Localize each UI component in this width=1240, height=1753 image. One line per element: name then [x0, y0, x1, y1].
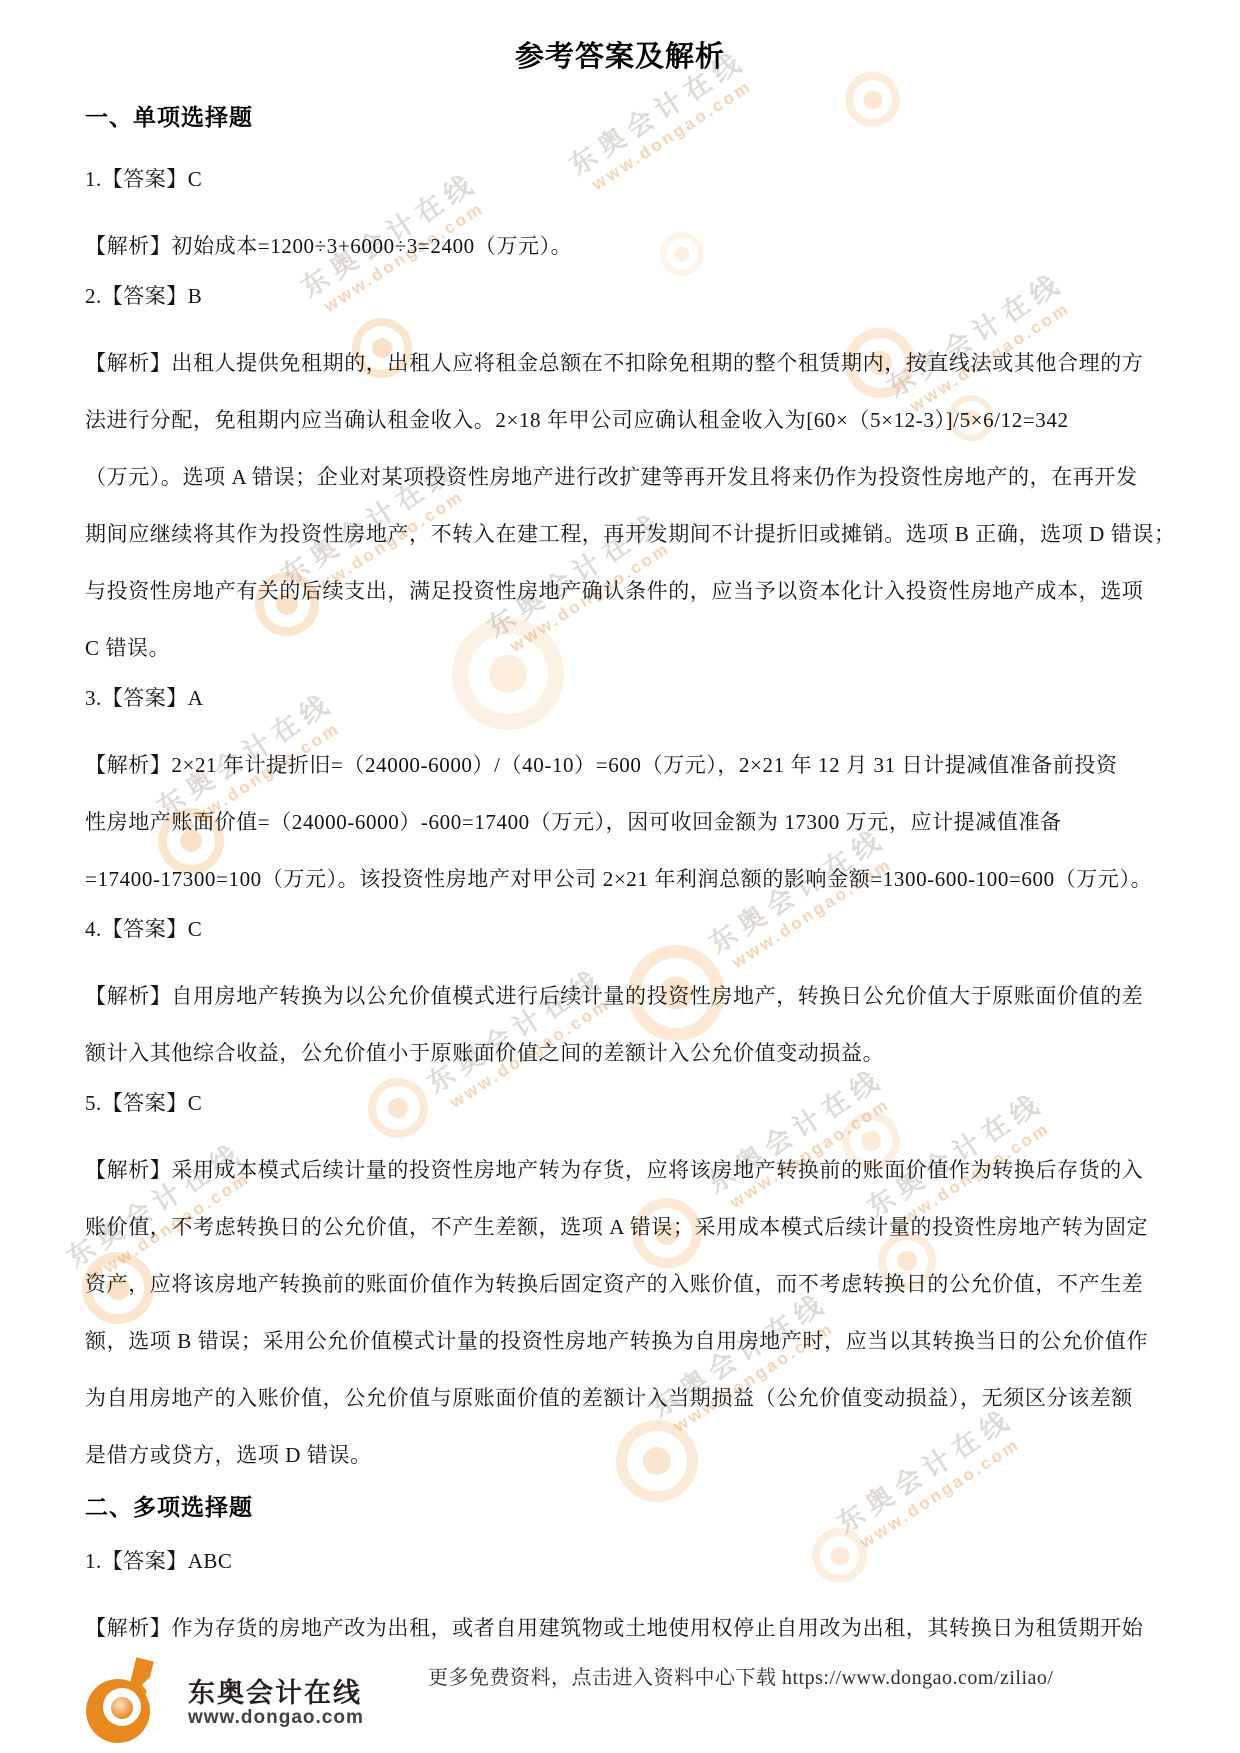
answer-line: 4.【答案】C	[85, 906, 1155, 950]
analysis-line: 性房地产账面价值=（24000-6000）-600=17400（万元），因可收回…	[85, 792, 1155, 849]
answer-line: 3.【答案】A	[85, 675, 1155, 719]
analysis-line: 【解析】作为存货的房地产改为出租，或者自用建筑物或土地使用权停止自用改为出租，其…	[85, 1598, 1155, 1655]
page-footer: 东奥会计在线 www.dongao.com 更多免费资料，点击进入资料中心下载 …	[0, 1653, 1240, 1753]
answer-line: 1.【答案】C	[85, 156, 1155, 200]
footer-logo: 东奥会计在线 www.dongao.com	[84, 1655, 384, 1747]
analysis-line: 法进行分配，免租期内应当确认租金收入。2×18 年甲公司应确认租金收入为[60×…	[85, 390, 1155, 447]
analysis-line: C 错误。	[85, 618, 1155, 675]
analysis-line: 账价值，不考虑转换日的公允价值，不产生差额，选项 A 错误；采用成本模式后续计量…	[85, 1197, 1155, 1254]
analysis-line: 【解析】初始成本=1200÷3+6000÷3=2400（万元）。	[85, 216, 1155, 273]
analysis-line: 额计入其他综合收益，公允价值小于原账面价值之间的差额计入公允价值变动损益。	[85, 1023, 1155, 1080]
analysis-line: （万元）。选项 A 错误；企业对某项投资性房地产进行改扩建等再开发且将来仍作为投…	[85, 447, 1155, 504]
analysis-line: 与投资性房地产有关的后续支出，满足投资性房地产确认条件的，应当予以资本化计入投资…	[85, 561, 1155, 618]
footer-download-link[interactable]: 更多免费资料，点击进入资料中心下载 https://www.dongao.com…	[428, 1661, 1053, 1690]
analysis-line: 【解析】2×21 年计提折旧=（24000-6000）/（40-10）=600（…	[85, 735, 1155, 792]
page-title: 参考答案及解析	[85, 34, 1155, 80]
section-heading: 二、多项选择题	[85, 1486, 1155, 1528]
footer-brand-url: www.dongao.com	[188, 1707, 364, 1729]
analysis-line: 【解析】采用成本模式后续计量的投资性房地产转为存货，应将该房地产转换前的账面价值…	[85, 1140, 1155, 1197]
analysis-line: 资产，应将该房地产转换前的账面价值作为转换后固定资产的入账价值，而不考虑转换日的…	[85, 1254, 1155, 1311]
analysis-line: =17400-17300=100（万元）。该投资性房地产对甲公司 2×21 年利…	[85, 849, 1155, 906]
sections-root: 一、单项选择题1.【答案】C【解析】初始成本=1200÷3+6000÷3=240…	[85, 96, 1155, 1655]
answer-line: 2.【答案】B	[85, 273, 1155, 317]
dongao-logo-icon	[84, 1655, 170, 1747]
section-heading: 一、单项选择题	[85, 96, 1155, 138]
answer-line: 1.【答案】ABC	[85, 1538, 1155, 1582]
analysis-line: 【解析】自用房地产转换为以公允价值模式进行后续计量的投资性房地产，转换日公允价值…	[85, 966, 1155, 1023]
footer-brand-text: 东奥会计在线	[188, 1671, 362, 1710]
analysis-line: 额，选项 B 错误；采用公允价值模式计量的投资性房地产转换为自用房地产时，应当以…	[85, 1311, 1155, 1368]
analysis-line: 是借方或贷方，选项 D 错误。	[85, 1425, 1155, 1482]
document-body: 参考答案及解析 一、单项选择题1.【答案】C【解析】初始成本=1200÷3+60…	[0, 0, 1240, 1655]
analysis-line: 【解析】出租人提供免租期的，出租人应将租金总额在不扣除免租期的整个租赁期内，按直…	[85, 333, 1155, 390]
analysis-line: 期间应继续将其作为投资性房地产，不转入在建工程，再开发期间不计提折旧或摊销。选项…	[85, 504, 1155, 561]
document-page: { "page": { "title": "参考答案及解析" }, "secti…	[0, 0, 1240, 1753]
analysis-line: 为自用房地产的入账价值，公允价值与原账面价值的差额计入当期损益（公允价值变动损益…	[85, 1368, 1155, 1425]
answer-line: 5.【答案】C	[85, 1080, 1155, 1124]
